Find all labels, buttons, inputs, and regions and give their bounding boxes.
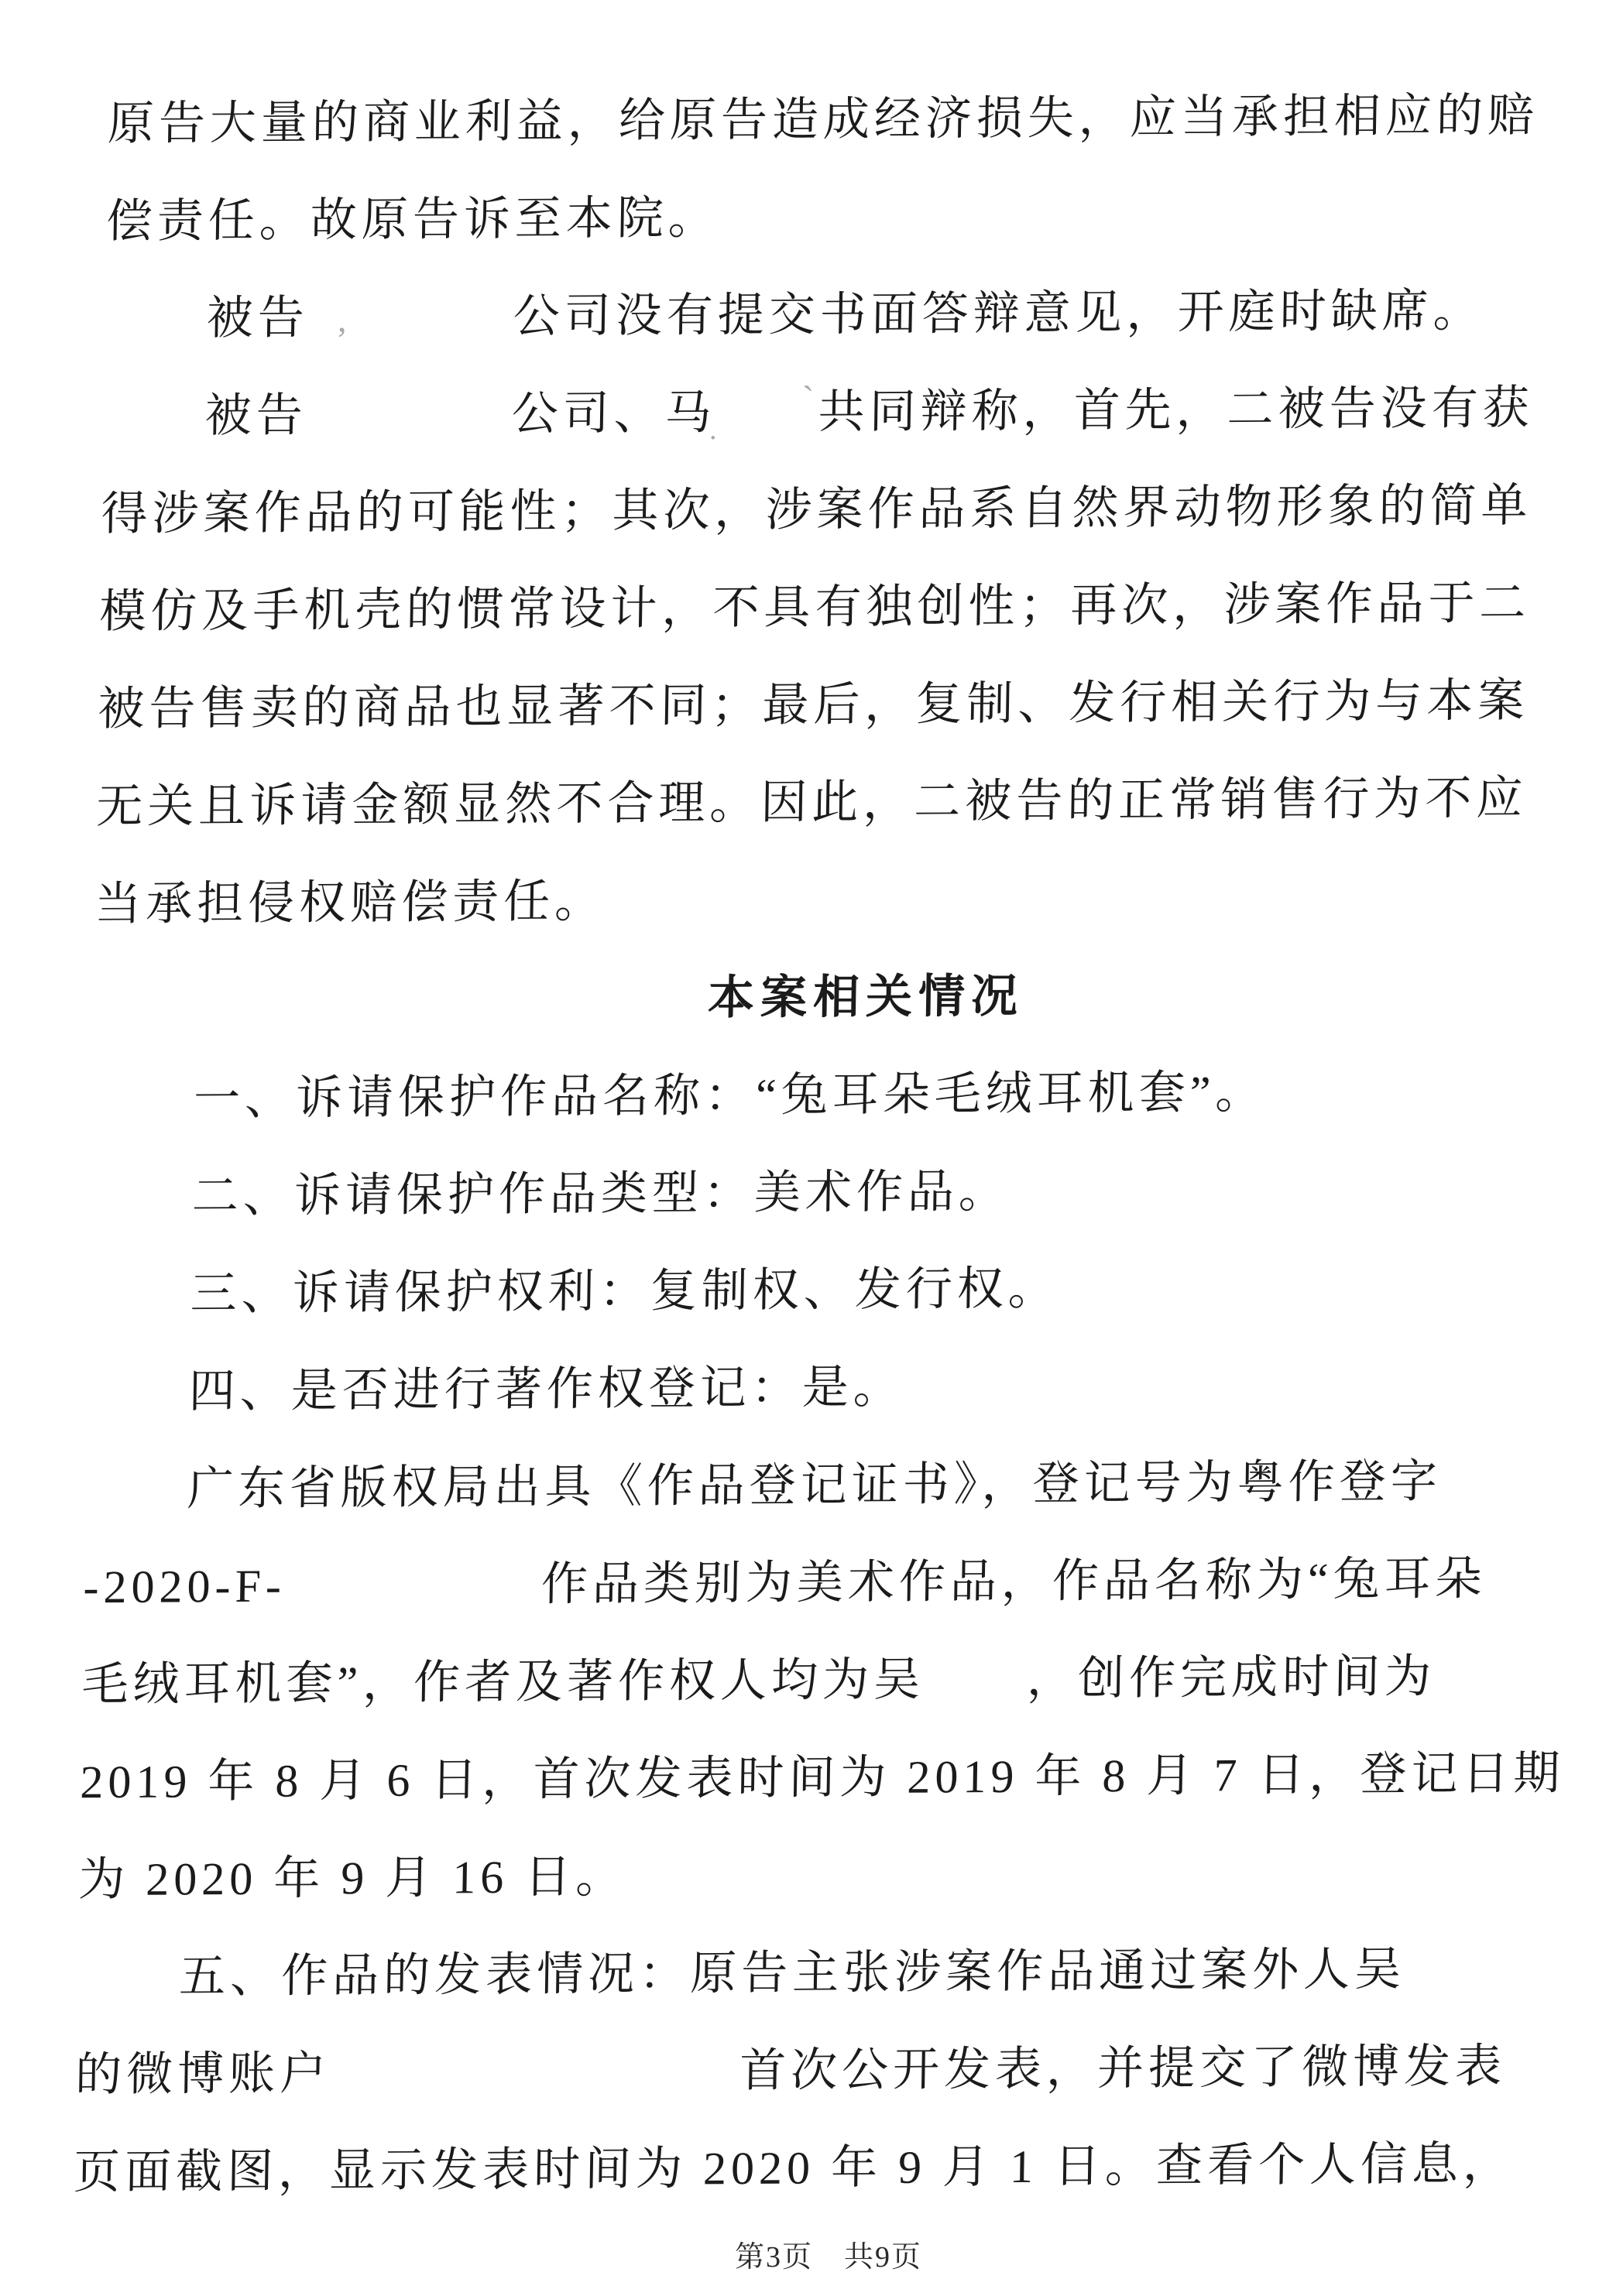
document-page: 原告大量的商业利益，给原告造成经济损失，应当承担相应的赔 偿责任。故原告诉至本院…: [0, 0, 1623, 2296]
text-line: 当承担侵权赔偿责任。: [94, 847, 1532, 953]
page-number: 第3页 共9页: [17, 2239, 1623, 2275]
section-heading: 本案相关情况: [146, 944, 1585, 1050]
text-line: 四、是否进行著作权登记：是。: [86, 1335, 1525, 1441]
text-line: 被告 公司没有提交书面答辩意见，开庭时缺席。: [104, 262, 1542, 368]
scan-artifact: ,: [338, 302, 347, 338]
text-line: 一、诉请保护作品名称：“兔耳朵毛绒耳机套”。: [91, 1042, 1529, 1148]
text-line: 被告 公司、马 共同辩称，首先，二被告没有获: [102, 359, 1541, 465]
text-line: 三、诉请保护权利：复制权、发行权。: [87, 1237, 1526, 1343]
text-line: 页面截图，显示发表时间为 2020 年 9 月 1 日。查看个人信息，: [73, 2115, 1511, 2221]
scan-artifact: `: [802, 381, 814, 416]
text-line: 的微博账户 首次公开发表，并提交了微博发表: [74, 2017, 1513, 2123]
text-line: 五、作品的发表情况：原告主张涉案作品通过案外人吴: [76, 1920, 1515, 2026]
text-line: 毛绒耳机套”，作者及著作权人均为吴 ，创作完成时间为: [81, 1627, 1519, 1733]
text-line: 偿责任。故原告诉至本院。: [105, 164, 1544, 270]
scan-artifact: .: [709, 415, 717, 444]
text-line: 无关且诉请金额显然不合理。因此，二被告的正常销售行为不应: [95, 749, 1534, 855]
text-line: 2019 年 8 月 6 日，首次发表时间为 2019 年 8 月 7 日，登记…: [79, 1725, 1518, 1831]
text-line: 被告售卖的商品也显著不同；最后，复制、发行相关行为与本案: [97, 652, 1536, 758]
text-line: 二、诉请保护作品类型：美术作品。: [89, 1139, 1528, 1246]
text-line: 得涉案作品的可能性；其次，涉案作品系自然界动物形象的简单: [101, 457, 1539, 563]
text-line: -2020-F- 作品类别为美术作品，作品名称为“兔耳朵: [83, 1530, 1522, 1636]
text-line: 原告大量的商业利益，给原告造成经济损失，应当承担相应的赔: [107, 67, 1546, 173]
text-line: 广东省版权局出具《作品登记证书》，登记号为粤作登字: [84, 1432, 1523, 1538]
text-line: 为 2020 年 9 月 16 日。: [77, 1822, 1516, 1928]
text-line: 模仿及手机壳的惯常设计，不具有独创性；再次，涉案作品于二: [98, 554, 1537, 660]
